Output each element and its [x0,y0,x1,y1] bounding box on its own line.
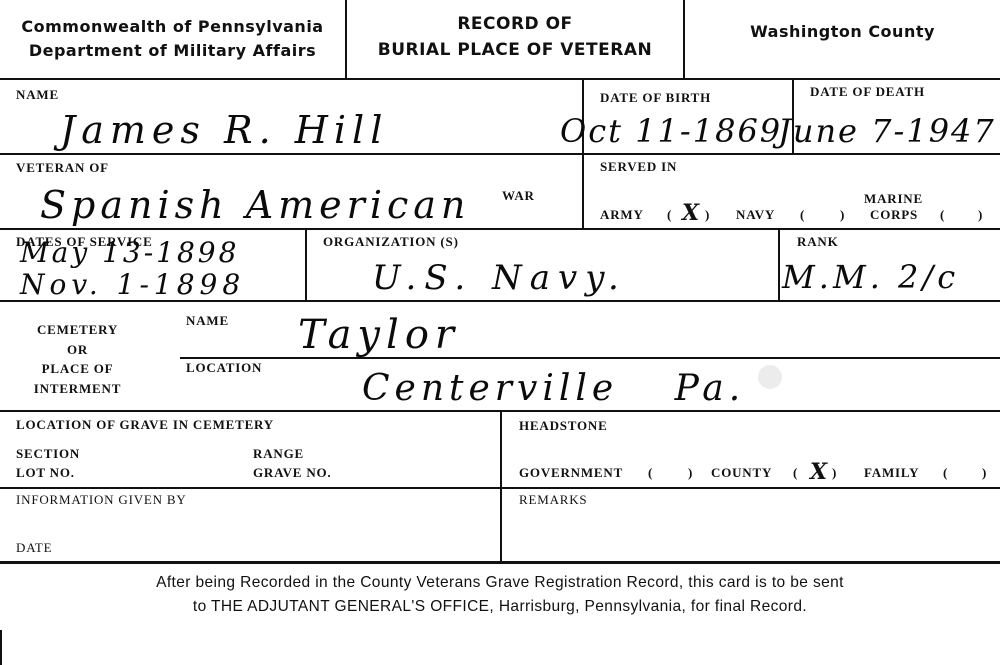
info-date-label: DATE [16,540,52,556]
title-line-2: BURIAL PLACE OF VETERAN [347,37,683,63]
cemetery-location-label: LOCATION [186,360,262,376]
county-open-paren: ( [793,465,798,481]
remarks-label: REMARKS [519,492,587,508]
info-date-field[interactable] [62,538,482,556]
range-label: RANGE [253,446,304,462]
marine-close-paren: ) [978,207,983,223]
marine-open-paren: ( [940,207,945,223]
divider [0,78,1000,80]
name-label: NAME [16,87,59,103]
army-close-paren: ) [705,207,710,223]
dod-label: DATE OF DEATH [810,84,925,100]
lot-no-label: LOT NO. [16,465,75,481]
rank-label: RANK [797,234,838,250]
footer-line-1: After being Recorded in the County Veter… [15,571,985,595]
war-label: WAR [502,188,535,204]
veteran-of-label: VETERAN OF [16,160,109,176]
army-open-paren: ( [667,207,672,223]
grave-no-label: GRAVE NO. [253,465,331,481]
dob-value: Oct 11-1869 [560,112,782,150]
divider [0,487,1000,489]
county-name: Washington County [685,20,1000,44]
title-line-1: RECORD OF [347,11,683,37]
family-open-paren: ( [943,465,948,481]
agency-name: Commonwealth of Pennsylvania Department … [0,15,345,63]
agency-line-1: Commonwealth of Pennsylvania [0,15,345,39]
agency-line-2: Department of Military Affairs [0,39,345,63]
served-in-label: SERVED IN [600,159,677,175]
service-date-to: Nov. 1-1898 [20,268,245,301]
cemetery-label-line: CEMETERY [0,320,155,340]
government-close-paren: ) [688,465,693,481]
cemetery-label-line: OR [0,340,155,360]
marine-label-line-1: MARINE [864,191,923,207]
record-title: RECORD OF BURIAL PLACE OF VETERAN [347,11,683,63]
organization-label: ORGANIZATION (S) [323,234,459,250]
footer-instructions: After being Recorded in the County Veter… [15,571,985,619]
veteran-of-value: Spanish American [40,183,470,227]
information-given-by-label: INFORMATION GIVEN BY [16,492,187,508]
cemetery-label-line: INTERMENT [0,379,155,399]
dod-value: June 7-1947 [778,112,996,150]
navy-open-paren: ( [800,207,805,223]
grave-location-heading: LOCATION OF GRAVE IN CEMETERY [16,417,274,433]
cemetery-name-label: NAME [186,313,229,329]
divider [0,228,1000,230]
divider [778,228,780,300]
headstone-label: HEADSTONE [519,418,608,434]
smudge [758,365,782,389]
divider [0,300,1000,302]
cemetery-label-line: PLACE OF [0,359,155,379]
county-close-paren: ) [832,465,837,481]
divider [500,410,502,561]
family-label: FAMILY [864,465,919,481]
navy-close-paren: ) [840,207,845,223]
cemetery-name-value: Taylor [298,312,460,358]
divider [0,561,1000,564]
divider [180,357,1000,359]
scan-edge [0,630,2,665]
army-label: ARMY [600,207,644,223]
divider [0,153,1000,155]
dob-label: DATE OF BIRTH [600,90,711,106]
organization-value: U.S. Navy. [372,258,627,298]
name-value: James R. Hill [60,108,388,152]
divider [305,228,307,300]
county-label: COUNTY [711,465,772,481]
cemetery-location-value: Centerville Pa. [362,368,745,409]
government-label: GOVERNMENT [519,465,623,481]
family-close-paren: ) [982,465,987,481]
cemetery-section-label: CEMETERY OR PLACE OF INTERMENT [0,320,155,398]
marine-label-line-2: CORPS [870,207,918,223]
service-date-from: May 13-1898 [20,236,239,269]
information-given-by-field[interactable] [16,510,486,535]
section-label: SECTION [16,446,80,462]
government-open-paren: ( [648,465,653,481]
footer-line-2: to THE ADJUTANT GENERAL'S OFFICE, Harris… [15,595,985,619]
county-check-mark: X [810,459,827,485]
remarks-field[interactable] [519,510,989,555]
rank-value: M.M. 2/c [782,258,959,296]
navy-label: NAVY [736,207,775,223]
army-check-mark: X [682,200,699,226]
